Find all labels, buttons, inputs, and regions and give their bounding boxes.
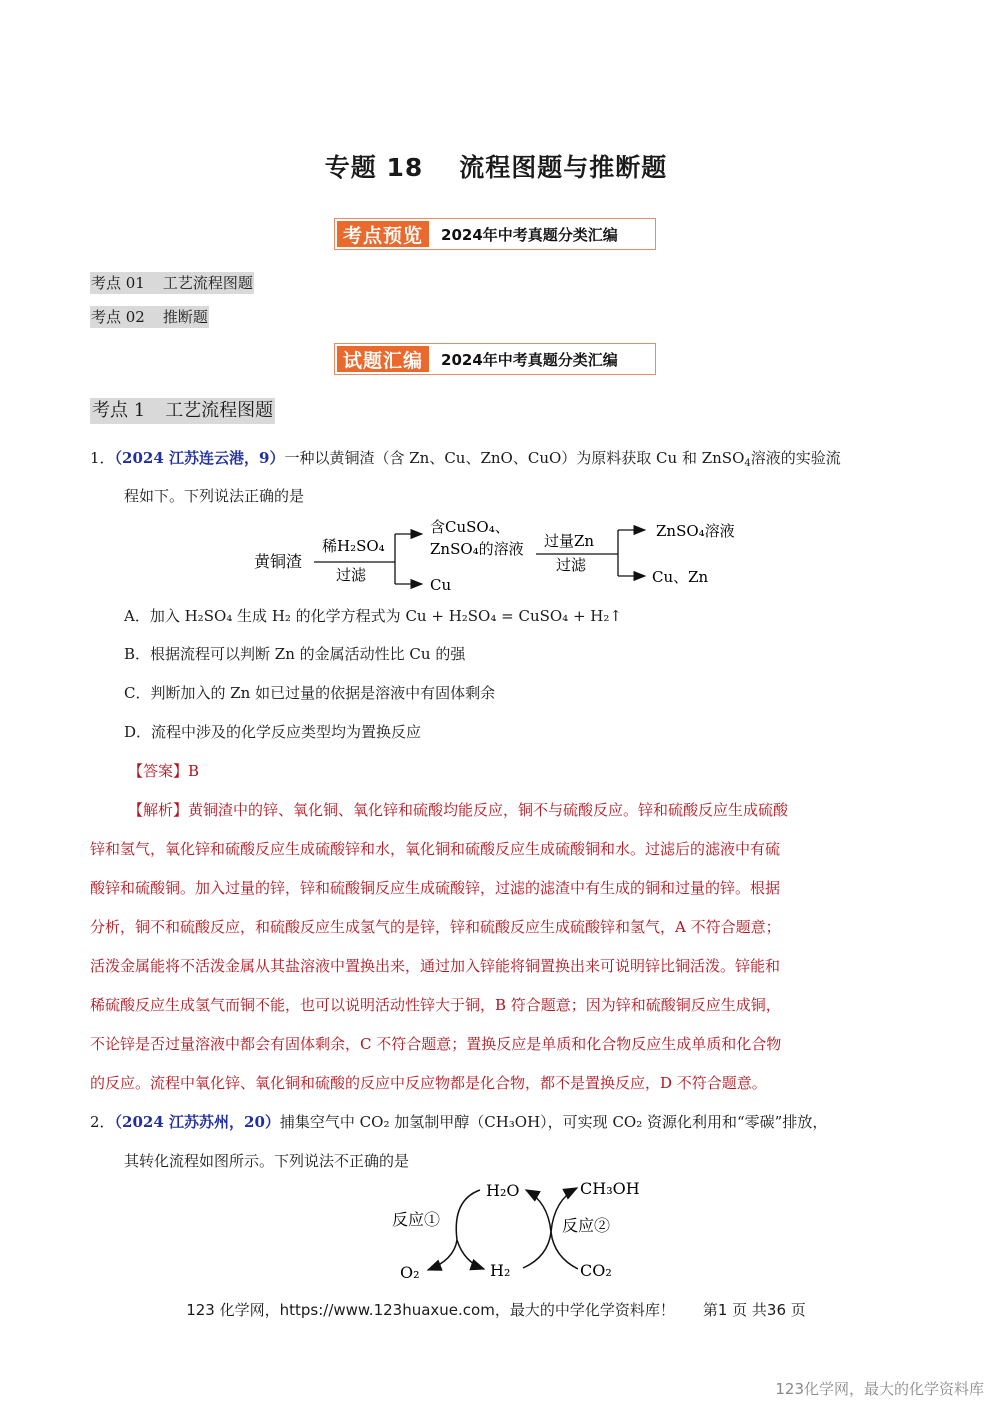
svg-text:过量Zn: 过量Zn [544, 532, 594, 550]
topic-number: 专题 18 [325, 153, 424, 182]
q1-analysis-line2: 锌和氢气，氧化锌和硫酸反应生成硫酸锌和水，氧化铜和硫酸反应生成硫酸铜和水。过滤后… [90, 839, 780, 859]
svg-text:ZnSO₄溶液: ZnSO₄溶液 [656, 522, 735, 540]
q1-analysis-line3: 酸锌和硫酸铜。加入过量的锌，锌和硫酸铜反应生成硫酸锌，过滤的滤渣中有生成的铜和过… [90, 878, 780, 898]
exercises-banner: 试题汇编 2024年中考真题分类汇编 [334, 343, 656, 375]
topic-title: 流程图题与推断题 [459, 153, 667, 182]
q1-stem-line2: 程如下。下列说法正确的是 [124, 486, 304, 506]
q2-stem-line2: 其转化流程如图所示。下列说法不正确的是 [124, 1151, 409, 1171]
svg-text:过滤: 过滤 [556, 556, 587, 574]
q2-stem-line1: 2．（2024 江苏苏州，20）捕集空气中 CO₂ 加氢制甲醇（CH₃OH），可… [90, 1112, 827, 1132]
flow-start: 黄铜渣 [254, 552, 302, 571]
svg-text:CH₃OH: CH₃OH [580, 1179, 640, 1198]
svg-text:稀H₂SO₄: 稀H₂SO₄ [322, 537, 385, 555]
q1-source: （2024 江苏连云港，9） [115, 449, 285, 467]
svg-text:H₂: H₂ [490, 1261, 510, 1280]
svg-text:CO₂: CO₂ [580, 1261, 612, 1280]
page-title: 专题 18流程图题与推断题 [0, 148, 992, 184]
preview-banner: 考点预览 2024年中考真题分类汇编 [334, 218, 656, 250]
banner-subtitle: 2024年中考真题分类汇编 [441, 349, 618, 370]
svg-text:O₂: O₂ [400, 1263, 420, 1282]
svg-text:反应②: 反应② [562, 1216, 610, 1235]
q1-option-a: A．加入 H₂SO₄ 生成 H₂ 的化学方程式为 Cu + H₂SO₄ = Cu… [124, 606, 622, 626]
svg-text:反应①: 反应① [392, 1210, 440, 1229]
page-number: 第1 页 共36 页 [703, 1301, 806, 1319]
toc-item-1: 考点 01工艺流程图题 [90, 272, 254, 294]
q1-analysis-line6: 稀硫酸反应生成氢气而铜不能，也可以说明活动性锌大于铜，B 符合题意；因为锌和硫酸… [90, 995, 781, 1015]
q1-flow-diagram: 黄铜渣 稀H₂SO₄ 过滤 含CuSO₄、 ZnSO₄的溶液 Cu 过量Zn 过… [240, 512, 760, 596]
q1-option-c: C．判断加入的 Zn 如已过量的依据是溶液中有固体剩余 [124, 683, 495, 703]
q2-cycle-diagram: H₂O CH₃OH 反应① 反应② O₂ H₂ CO₂ [380, 1172, 680, 1290]
q2-source: （2024 江苏苏州，20） [115, 1113, 280, 1131]
svg-text:ZnSO₄的溶液: ZnSO₄的溶液 [430, 540, 524, 558]
footer-site-text: 123 化学网，https://www.123huaxue.com，最大的中学化… [186, 1301, 675, 1319]
page-footer: 123 化学网，https://www.123huaxue.com，最大的中学化… [0, 1299, 992, 1320]
q1-analysis-line1: 【解析】黄铜渣中的锌、氧化铜、氧化锌和硫酸均能反应，铜不与硫酸反应。锌和硫酸反应… [128, 800, 788, 820]
banner-tag: 考点预览 [337, 221, 429, 247]
svg-text:含CuSO₄、: 含CuSO₄、 [430, 518, 510, 536]
toc-item-2: 考点 02推断题 [90, 306, 209, 328]
section-heading: 考点 1工艺流程图题 [90, 398, 275, 424]
svg-text:H₂O: H₂O [486, 1181, 519, 1200]
banner-subtitle: 2024年中考真题分类汇编 [441, 224, 618, 245]
q1-analysis-line5: 活泼金属能将不活泼金属从其盐溶液中置换出来，通过加入锌能将铜置换出来可说明锌比铜… [90, 956, 780, 976]
q1-analysis-line8: 的反应。流程中氧化锌、氧化铜和硫酸的反应中反应物都是化合物，都不是置换反应，D … [90, 1073, 767, 1093]
banner-tag: 试题汇编 [337, 346, 429, 372]
q1-option-d: D．流程中涉及的化学反应类型均为置换反应 [124, 722, 421, 742]
q1-analysis-line7: 不论锌是否过量溶液中都会有固体剩余，C 不符合题意；置换反应是单质和化合物反应生… [90, 1034, 781, 1054]
svg-text:过滤: 过滤 [336, 566, 367, 584]
q1-analysis-line4: 分析，铜不和硫酸反应，和硫酸反应生成氢气的是锌，锌和硫酸反应生成硫酸锌和氢气，A… [90, 917, 781, 937]
q1-stem-line1: 1．（2024 江苏连云港，9）一种以黄铜渣（含 Zn、Cu、ZnO、CuO）为… [90, 448, 841, 468]
svg-text:Cu、Zn: Cu、Zn [652, 568, 709, 586]
q1-answer: 【答案】B [128, 761, 199, 781]
q1-option-b: B．根据流程可以判断 Zn 的金属活动性比 Cu 的强 [124, 644, 465, 664]
svg-text:Cu: Cu [430, 576, 451, 594]
watermark: 123化学网，最大的化学资料库 [775, 1378, 984, 1399]
